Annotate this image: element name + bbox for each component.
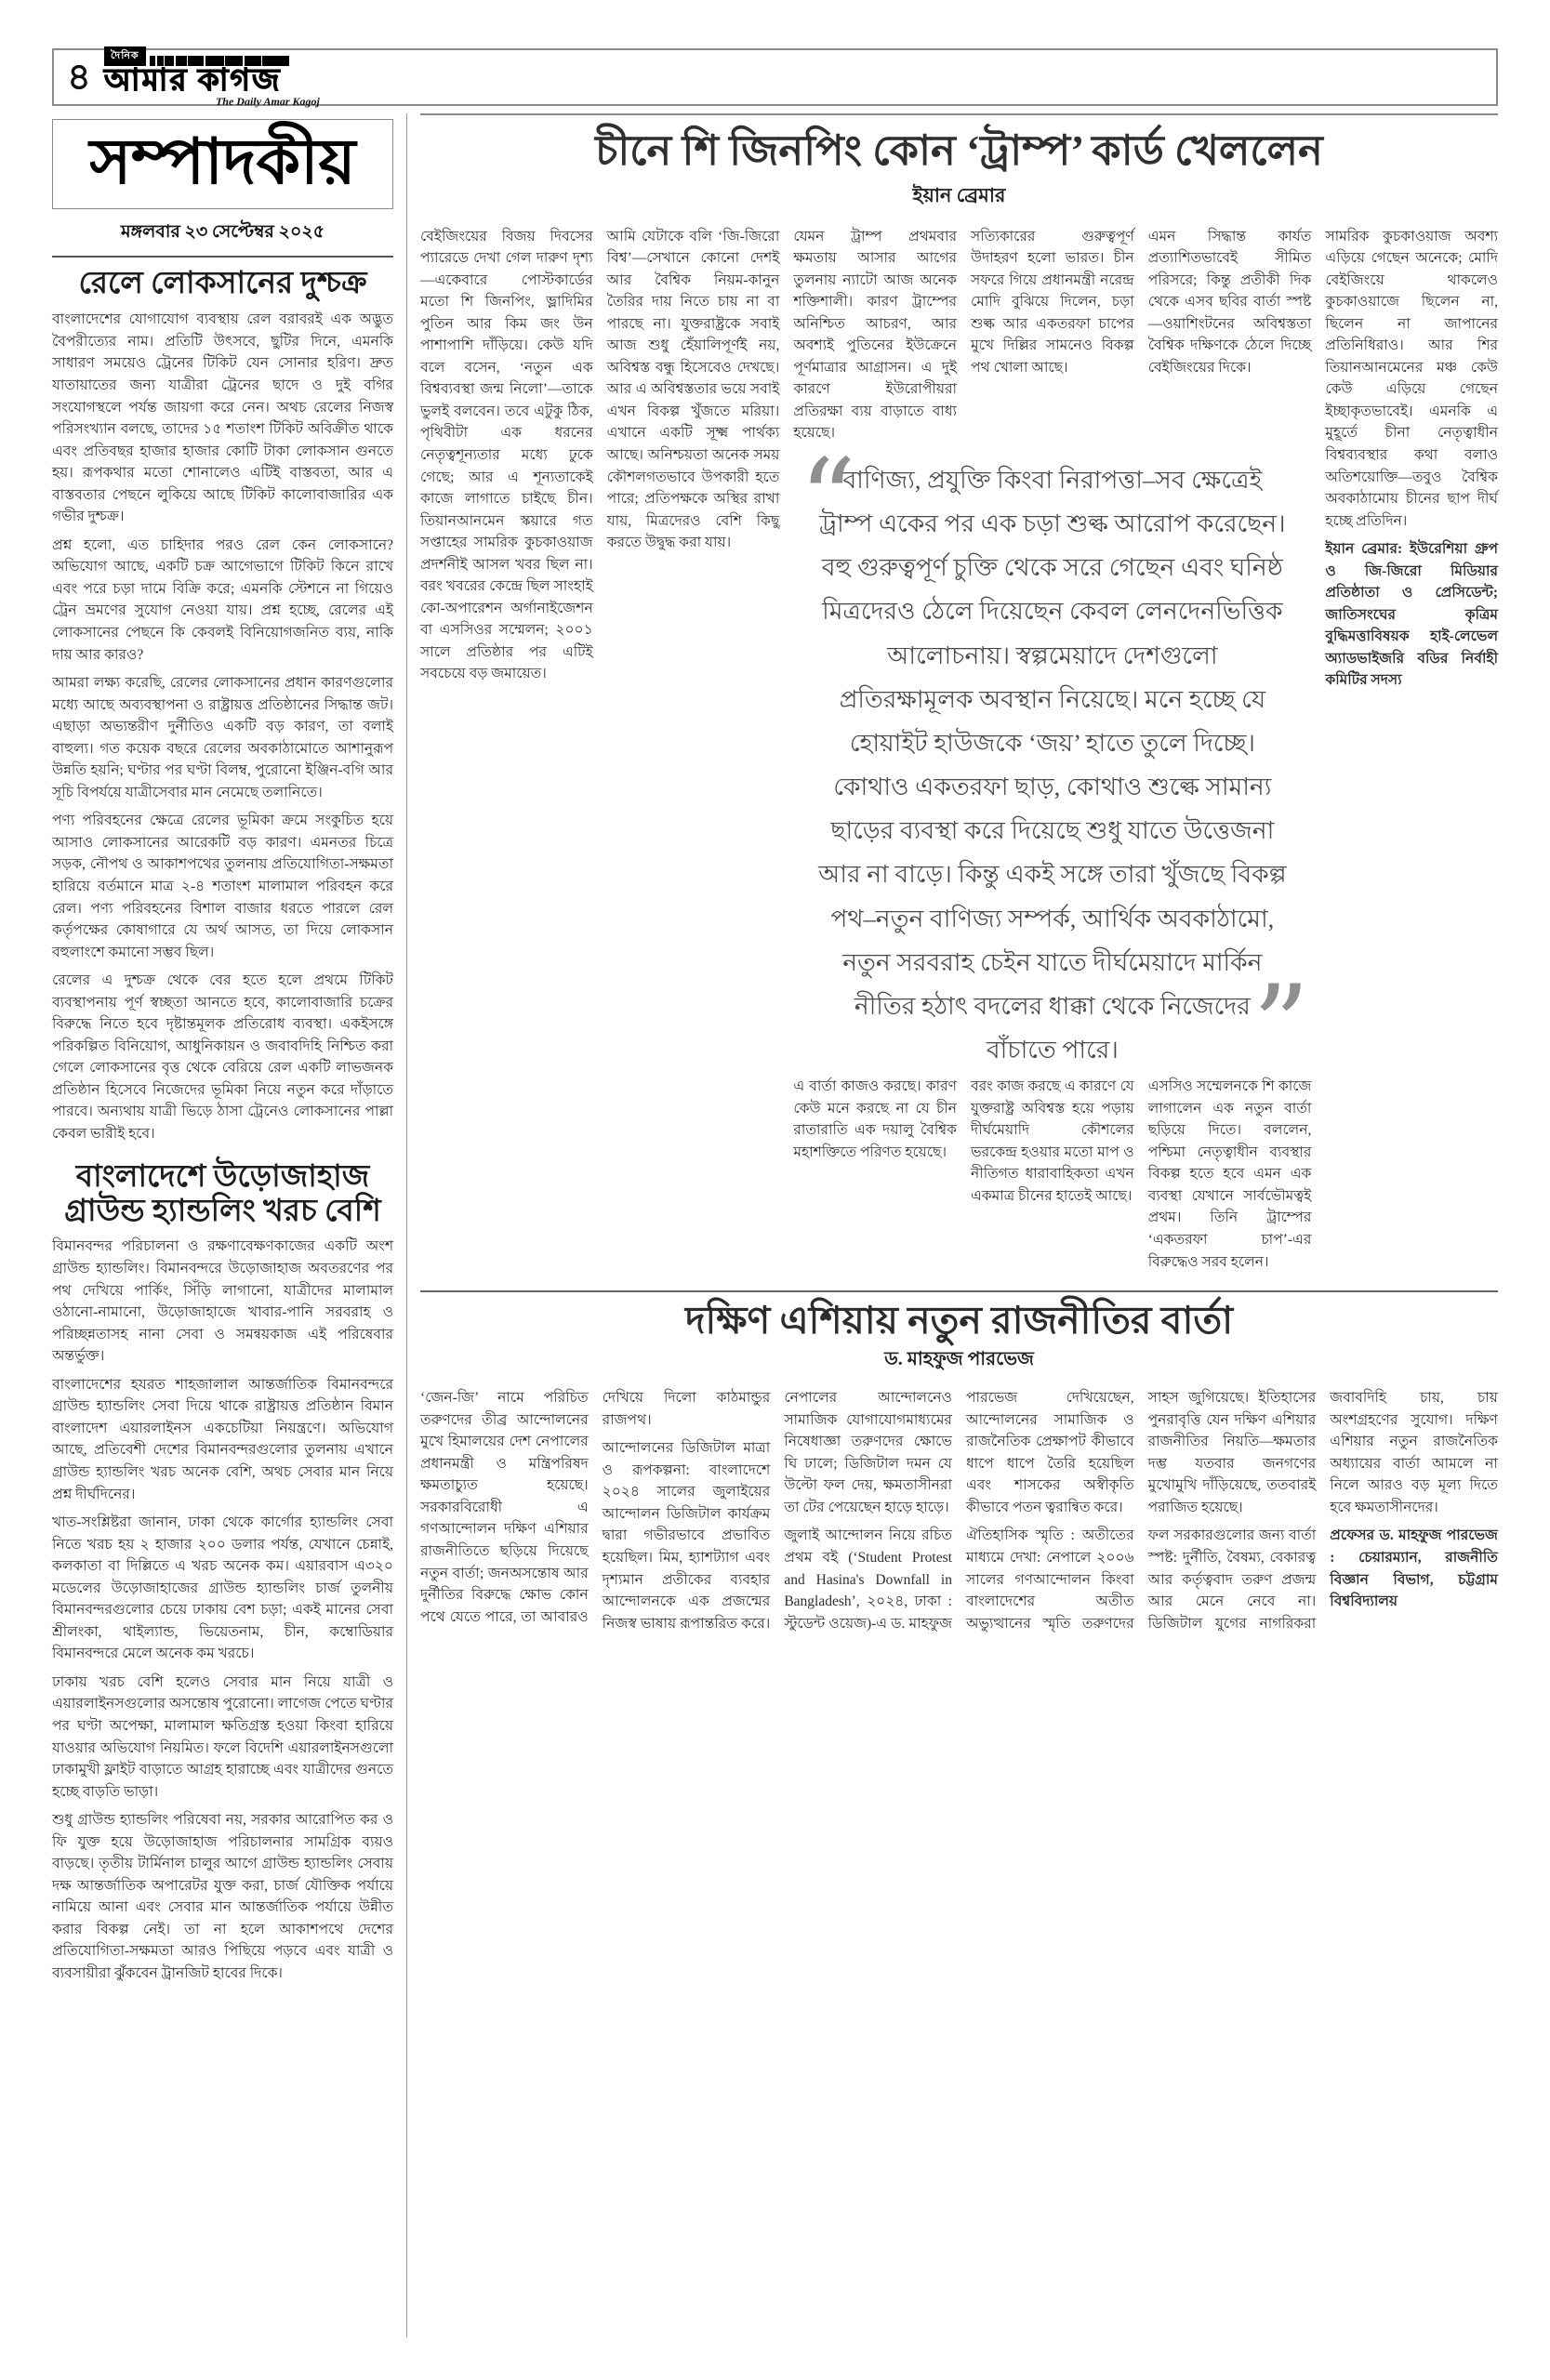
main-region: চীনে শি জিনপিং কোন ‘ট্রাম্প’ কার্ড খেললে… <box>407 113 1498 2337</box>
article-paragraph: যেমন ট্রাম্প প্রথমবার ক্ষমতায় আসার আগের… <box>793 226 957 444</box>
main-article-title: চীনে শি জিনপিং কোন ‘ট্রাম্প’ কার্ড খেললে… <box>420 128 1498 175</box>
article-paragraph: পণ্য পরিবহনের ক্ষেত্রে রেলের ভূমিকা ক্রম… <box>52 810 393 963</box>
daily-tag: দৈনিক <box>104 46 146 66</box>
author-credit: ইয়ান ব্রেমার: ইউরেশিয়া গ্রুপ ও জি-জিরো… <box>1325 538 1498 692</box>
main-article-column-5-top: এমন সিদ্ধান্ত কার্যত প্রত্যাশিতভাবেই সীম… <box>1148 226 1312 451</box>
main-article-column-6: সামরিক কুচকাওয়াজ অবশ্য এড়িয়ে গেছেন অন… <box>1325 226 1498 1280</box>
article-title: রেলে লোকসানের দুশ্চক্র <box>52 267 393 301</box>
article-paragraph: আমি যেটাকে বলি ‘জি-জিরো বিশ্ব’—সেখানে কো… <box>607 226 780 554</box>
rule <box>52 256 393 258</box>
main-article-column-4-top: সত্যিকারের গুরুত্বপূর্ণ উদাহরণ হলো ভারত।… <box>971 226 1134 451</box>
article-paragraph: বিমানবন্দর পরিচালনা ও রক্ষণাবেক্ষণকাজের … <box>52 1236 393 1367</box>
south-asia-article-byline: ড. মাহফুজ পারভেজ <box>420 1345 1498 1376</box>
editorial-rail: সম্পাদকীয় মঙ্গলবার ২৩ সেপ্টেম্বর ২০২৫ র… <box>52 113 407 2337</box>
main-article-column-1: বেইজিংয়ের বিজয় দিবসের প্যারেডে দেখা গে… <box>420 226 593 1280</box>
editorial-article-rail-losses: রেলে লোকসানের দুশ্চক্র বাংলাদেশের যোগাযো… <box>52 267 393 1144</box>
main-article-column-2: আমি যেটাকে বলি ‘জি-জিরো বিশ্ব’—সেখানে কো… <box>607 226 780 1280</box>
editorial-section-title: সম্পাদকীয় <box>57 129 389 195</box>
article-paragraph: এ বার্তা কাজও করছে। কারণ কেউ মনে করছে না… <box>793 1076 957 1163</box>
newspaper-logo: আমার কাগজ <box>104 66 320 97</box>
main-article-column-4-bottom: বরং কাজ করছে এ কারণে যে যুক্তরাষ্ট্র অবি… <box>971 1076 1134 1279</box>
newspaper-page: ৪ দৈনিক আমার কাগজ The Daily Amar Kagoj স… <box>0 0 1550 2380</box>
article-paragraph: প্রশ্ন হলো, এত চাহিদার পরও রেল কেন লোকসা… <box>52 535 393 666</box>
south-asia-article-title: দক্ষিণ এশিয়ায় নতুন রাজনীতির বার্তা <box>420 1300 1498 1342</box>
main-article-column-5-bottom: এসসিও সম্মেলনকে শি কাজে লাগালেন এক নতুন … <box>1148 1076 1312 1279</box>
article-paragraph: বাংলাদেশের হযরত শাহজালাল আন্তর্জাতিক বিম… <box>52 1374 393 1505</box>
article-paragraph: রেলের এ দুশ্চক্র থেকে বের হতে হলে প্রথমে… <box>52 970 393 1144</box>
close-quote-icon: ” <box>1252 972 1309 1083</box>
article-paragraph: সামরিক কুচকাওয়াজ অবশ্য এড়িয়ে গেছেন অন… <box>1325 226 1498 533</box>
newspaper-tagline: The Daily Amar Kagoj <box>216 95 320 109</box>
edition-date: মঙ্গলবার ২৩ সেপ্টেম্বর ২০২৫ <box>52 218 393 248</box>
editorial-section-box: সম্পাদকীয় <box>52 119 393 209</box>
south-asia-article-body: ‘জেন-জি’ নামে পরিচিত তরুণদের তীব্র আন্দো… <box>420 1387 1498 2337</box>
article-paragraph: এসসিও সম্মেলনকে শি কাজে লাগালেন এক নতুন … <box>1148 1076 1312 1273</box>
editorial-article-ground-handling: বাংলাদেশে উড়োজাহাজ গ্রাউন্ড হ্যান্ডলিং … <box>52 1160 393 1985</box>
article-paragraph: খাত-সংশ্লিষ্টরা জানান, ঢাকা থেকে কার্গোর… <box>52 1512 393 1665</box>
pull-quote: “ বাণিজ্য, প্রযুক্তি কিংবা নিরাপত্তা–সব … <box>793 451 1311 1076</box>
article-paragraph: সত্যিকারের গুরুত্বপূর্ণ উদাহরণ হলো ভারত।… <box>971 226 1134 379</box>
article-paragraph: শুধু গ্রাউন্ড হ্যান্ডলিং পরিষেবা নয়, সর… <box>52 1809 393 1984</box>
article-paragraph: বেইজিংয়ের বিজয় দিবসের প্যারেডে দেখা গে… <box>420 226 593 685</box>
main-article-byline: ইয়ান ব্রেমার <box>420 180 1498 213</box>
author-credit: প্রফেসর ড. মাহফুজ পারভেজ : চেয়ারম্যান, … <box>1330 1525 1498 1612</box>
article-paragraph: বরং কাজ করছে এ কারণে যে যুক্তরাষ্ট্র অবি… <box>971 1076 1134 1207</box>
south-asia-article: দক্ষিণ এশিয়ায় নতুন রাজনীতির বার্তা ড. … <box>420 1290 1498 2337</box>
main-article-xi-trump-card: চীনে শি জিনপিং কোন ‘ট্রাম্প’ কার্ড খেললে… <box>420 125 1498 1279</box>
article-paragraph: ঢাকায় খরচ বেশি হলেও সেবার মান নিয়ে যাত… <box>52 1672 393 1803</box>
main-article-column-3-top: যেমন ট্রাম্প প্রথমবার ক্ষমতায় আসার আগের… <box>793 226 957 451</box>
main-article-middle-columns: যেমন ট্রাম্প প্রথমবার ক্ষমতায় আসার আগের… <box>793 226 1311 1280</box>
newspaper-brand: দৈনিক আমার কাগজ The Daily Amar Kagoj <box>104 46 320 109</box>
page-number: ৪ <box>67 59 91 96</box>
main-article-column-3-bottom: এ বার্তা কাজও করছে। কারণ কেউ মনে করছে না… <box>793 1076 957 1279</box>
article-paragraph: বাংলাদেশের যোগাযোগ ব্যবস্থায় রেল বরাবরই… <box>52 309 393 527</box>
article-paragraph: আমরা লক্ষ্য করেছি, রেলের লোকসানের প্রধান… <box>52 672 393 803</box>
article-title: বাংলাদেশে উড়োজাহাজ গ্রাউন্ড হ্যান্ডলিং … <box>52 1160 393 1229</box>
article-paragraph: এমন সিদ্ধান্ত কার্যত প্রত্যাশিতভাবেই সীম… <box>1148 226 1312 379</box>
main-article-body: বেইজিংয়ের বিজয় দিবসের প্যারেডে দেখা গে… <box>420 226 1498 1280</box>
open-quote-icon: “ <box>799 445 855 557</box>
pull-quote-text: বাণিজ্য, প্রযুক্তি কিংবা নিরাপত্তা–সব ক্… <box>817 458 1287 1072</box>
rule <box>420 113 1498 115</box>
masthead: ৪ দৈনিক আমার কাগজ The Daily Amar Kagoj <box>52 48 1498 106</box>
